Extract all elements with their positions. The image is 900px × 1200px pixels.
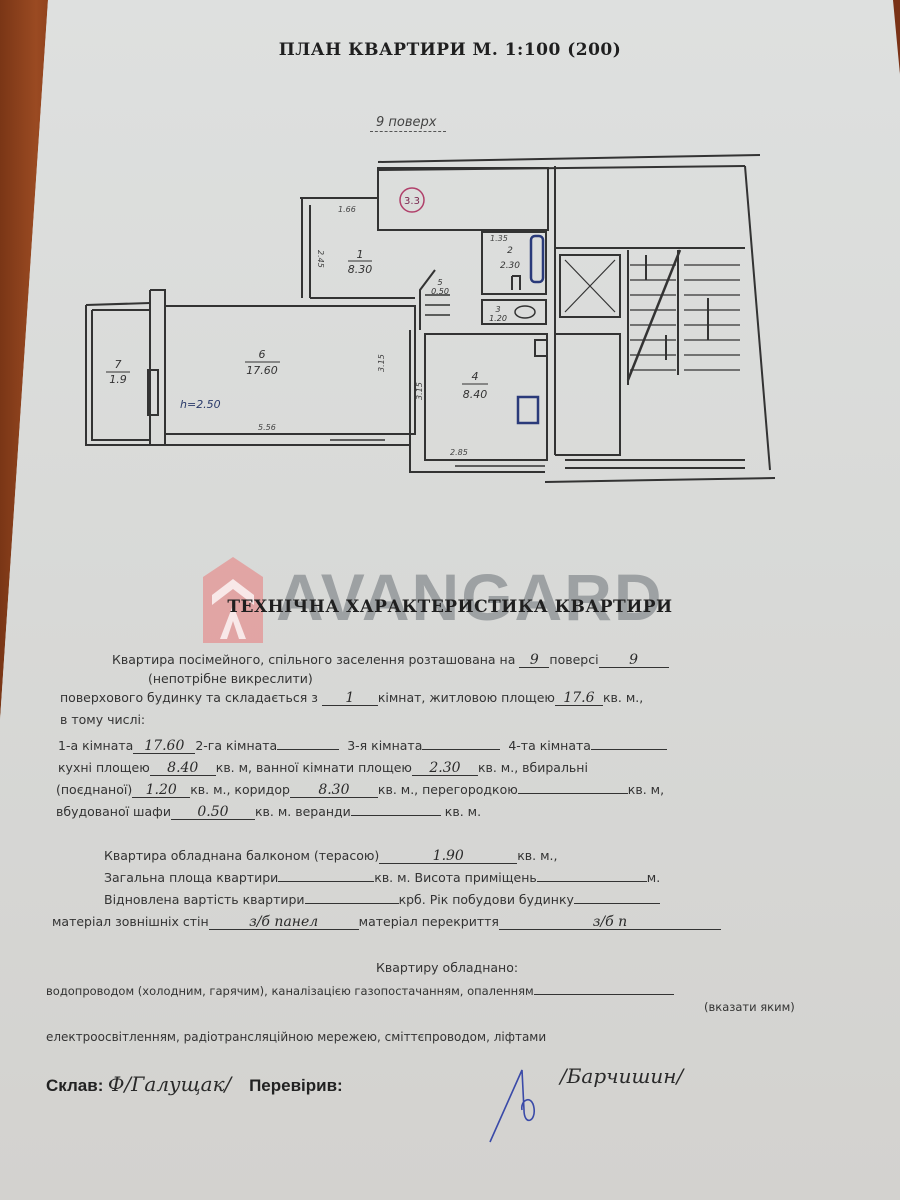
room-7-area: 1.9 [109, 373, 127, 386]
room-1-area: 8.30 [348, 263, 373, 276]
slab-value: з/б п [499, 915, 721, 930]
form-line-materials: матеріал зовнішніх стінз/б панелматеріал… [52, 914, 721, 930]
floor-plan: 3.3 1 8.30 2 2.30 3 1.20 4 8.40 5 0.50 6… [0, 0, 900, 520]
dim-corridor-top: 1.66 [338, 205, 356, 214]
room-7-id: 7 [115, 358, 122, 371]
ceiling-height: h=2.50 [180, 398, 221, 411]
room-4-area: 8.40 [463, 388, 488, 401]
form-line-cost: Відновлена вартість квартирикрб. Рік поб… [104, 892, 660, 907]
room-2-id: 2 [507, 246, 513, 256]
room-6-id: 6 [259, 348, 266, 361]
year-value [574, 903, 660, 904]
partition-value [518, 793, 628, 794]
toilet-value: 1.20 [132, 783, 190, 798]
checker-signature-stroke [480, 1050, 560, 1150]
balcony-value: 1.90 [379, 849, 517, 864]
form-note-strike: (непотрібне викреслити) [148, 671, 313, 686]
dim-room6-bottom: 5.56 [258, 423, 276, 432]
floors-total-value: 9 [599, 653, 669, 668]
walls-value: з/б панел [209, 915, 359, 930]
composed-label: Склав: [46, 1076, 103, 1095]
room-5-area: 0.50 [431, 287, 449, 296]
floor-value: 9 [519, 653, 549, 668]
dim-kitchen-bottom: 2.85 [450, 448, 468, 457]
form-line-total: Загальна площа квартирикв. м. Висота при… [104, 870, 660, 885]
room-4-id: 4 [472, 370, 479, 383]
form-line-closet-veranda: вбудованої шафи0.50кв. м. веранди кв. м. [56, 804, 481, 820]
room3-value [422, 749, 500, 750]
tech-title: ТЕХНІЧНА ХАРАКТЕРИСТИКА КВАРТИРИ [0, 597, 900, 617]
cost-value [305, 903, 399, 904]
veranda-value [351, 815, 441, 816]
form-line-utilities-1: водопроводом (холодним, гарячим), каналі… [46, 984, 674, 998]
dim-corridor-side: 2.45 [316, 250, 325, 268]
form-line-kitchen-bath: кухні площею8.40кв. м, ванної кімнати пл… [58, 760, 588, 776]
form-line-rooms: поверхового будинку та складається з 1кі… [60, 690, 643, 706]
form-line-toilet-corridor: (поєднаної)1.20кв. м., коридор8.30кв. м.… [56, 782, 664, 798]
equipped-title: Квартиру обладнано: [376, 960, 518, 975]
form-line-balcony: Квартира обладнана балконом (терасою)1.9… [104, 848, 558, 864]
kitchen-value: 8.40 [150, 761, 216, 776]
dim-bath-top: 1.35 [490, 234, 508, 243]
room-5-id: 5 [437, 278, 442, 287]
bath-value: 2.30 [412, 761, 478, 776]
room-2-area: 2.30 [500, 261, 520, 271]
room-3-id: 3 [495, 305, 500, 314]
checked-signature: /Барчишин/ [560, 1064, 683, 1088]
form-line-room-areas: 1-а кімната17.602-га кімната 3-я кімната… [58, 738, 667, 754]
closet-value: 0.50 [171, 805, 255, 820]
signatures: Склав: Ф/Галущак/ Перевірив: [46, 1072, 343, 1096]
form-line-utilities-2: електроосвітленням, радіотрансляційною м… [46, 1030, 546, 1044]
heating-hint: (вказати яким) [704, 1000, 795, 1014]
total-value [278, 881, 374, 882]
form-line-location: Квартира посімейного, спільного заселенн… [112, 652, 669, 668]
room1-value: 17.60 [133, 739, 195, 754]
form-line-including: в тому числі: [60, 712, 145, 727]
composed-signature: Ф/Галущак/ [108, 1072, 231, 1096]
checked-label: Перевірив: [249, 1076, 343, 1095]
room-1-id: 1 [357, 248, 364, 261]
height-value [537, 881, 647, 882]
corridor-value: 8.30 [290, 783, 378, 798]
heating-value [534, 994, 674, 995]
dim-room6-side: 3.15 [377, 354, 386, 372]
room2-value [277, 749, 339, 750]
dim-kitchen-side: 3.15 [415, 382, 424, 400]
stamp-label: 3.3 [404, 196, 420, 207]
room-3-area: 1.20 [489, 314, 507, 323]
room-6-area: 17.60 [246, 364, 278, 377]
rooms-count-value: 1 [322, 691, 378, 706]
room4-value [591, 749, 667, 750]
living-area-value: 17.6 [555, 691, 603, 706]
